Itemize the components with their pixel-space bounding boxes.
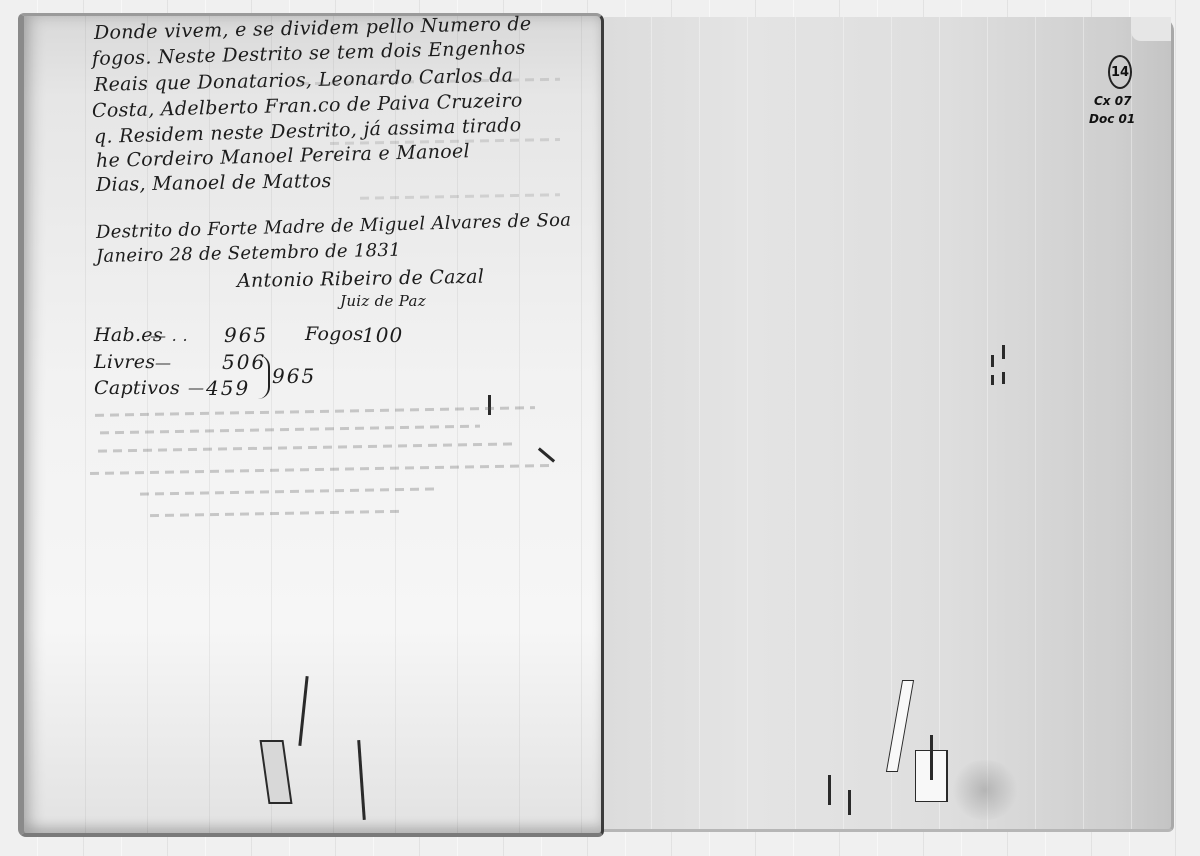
folio-number: 14 (1111, 65, 1129, 80)
tally-label-captivos: Captivos (94, 377, 180, 399)
ink-crack (930, 735, 933, 780)
tally-label-fogos: Fogos (305, 323, 363, 345)
tally-value-habitantes: 965 (224, 323, 268, 347)
archive-folio-number: 14 (1108, 55, 1132, 89)
ink-crack (828, 775, 831, 805)
tally-value-fogos: 100 (362, 323, 403, 347)
signature: Antonio Ribeiro de Cazal (237, 266, 485, 292)
ink-mark (1002, 372, 1005, 384)
ink-blot (488, 395, 491, 415)
ink-mark (1002, 345, 1005, 359)
tally-dash: — (188, 378, 204, 397)
archive-box-label: Cx 07 (1094, 94, 1131, 108)
ink-mark (991, 355, 994, 367)
tally-value-captivos: 459 (206, 376, 250, 400)
brace-icon (258, 355, 270, 399)
tally-label-livres: Livres (94, 351, 155, 373)
tally-total: 965 (272, 364, 316, 388)
ink-mark (991, 375, 994, 385)
ink-crack (848, 790, 851, 815)
right-page (604, 17, 1174, 832)
tally-dash: — (155, 353, 171, 372)
manuscript-line: Dias, Manoel de Mattos (96, 170, 332, 196)
tally-dash: — . . (150, 326, 188, 345)
archive-doc-label: Doc 01 (1089, 112, 1135, 126)
signature-title: Juiz de Paz (340, 292, 426, 310)
water-stain (950, 760, 1020, 820)
